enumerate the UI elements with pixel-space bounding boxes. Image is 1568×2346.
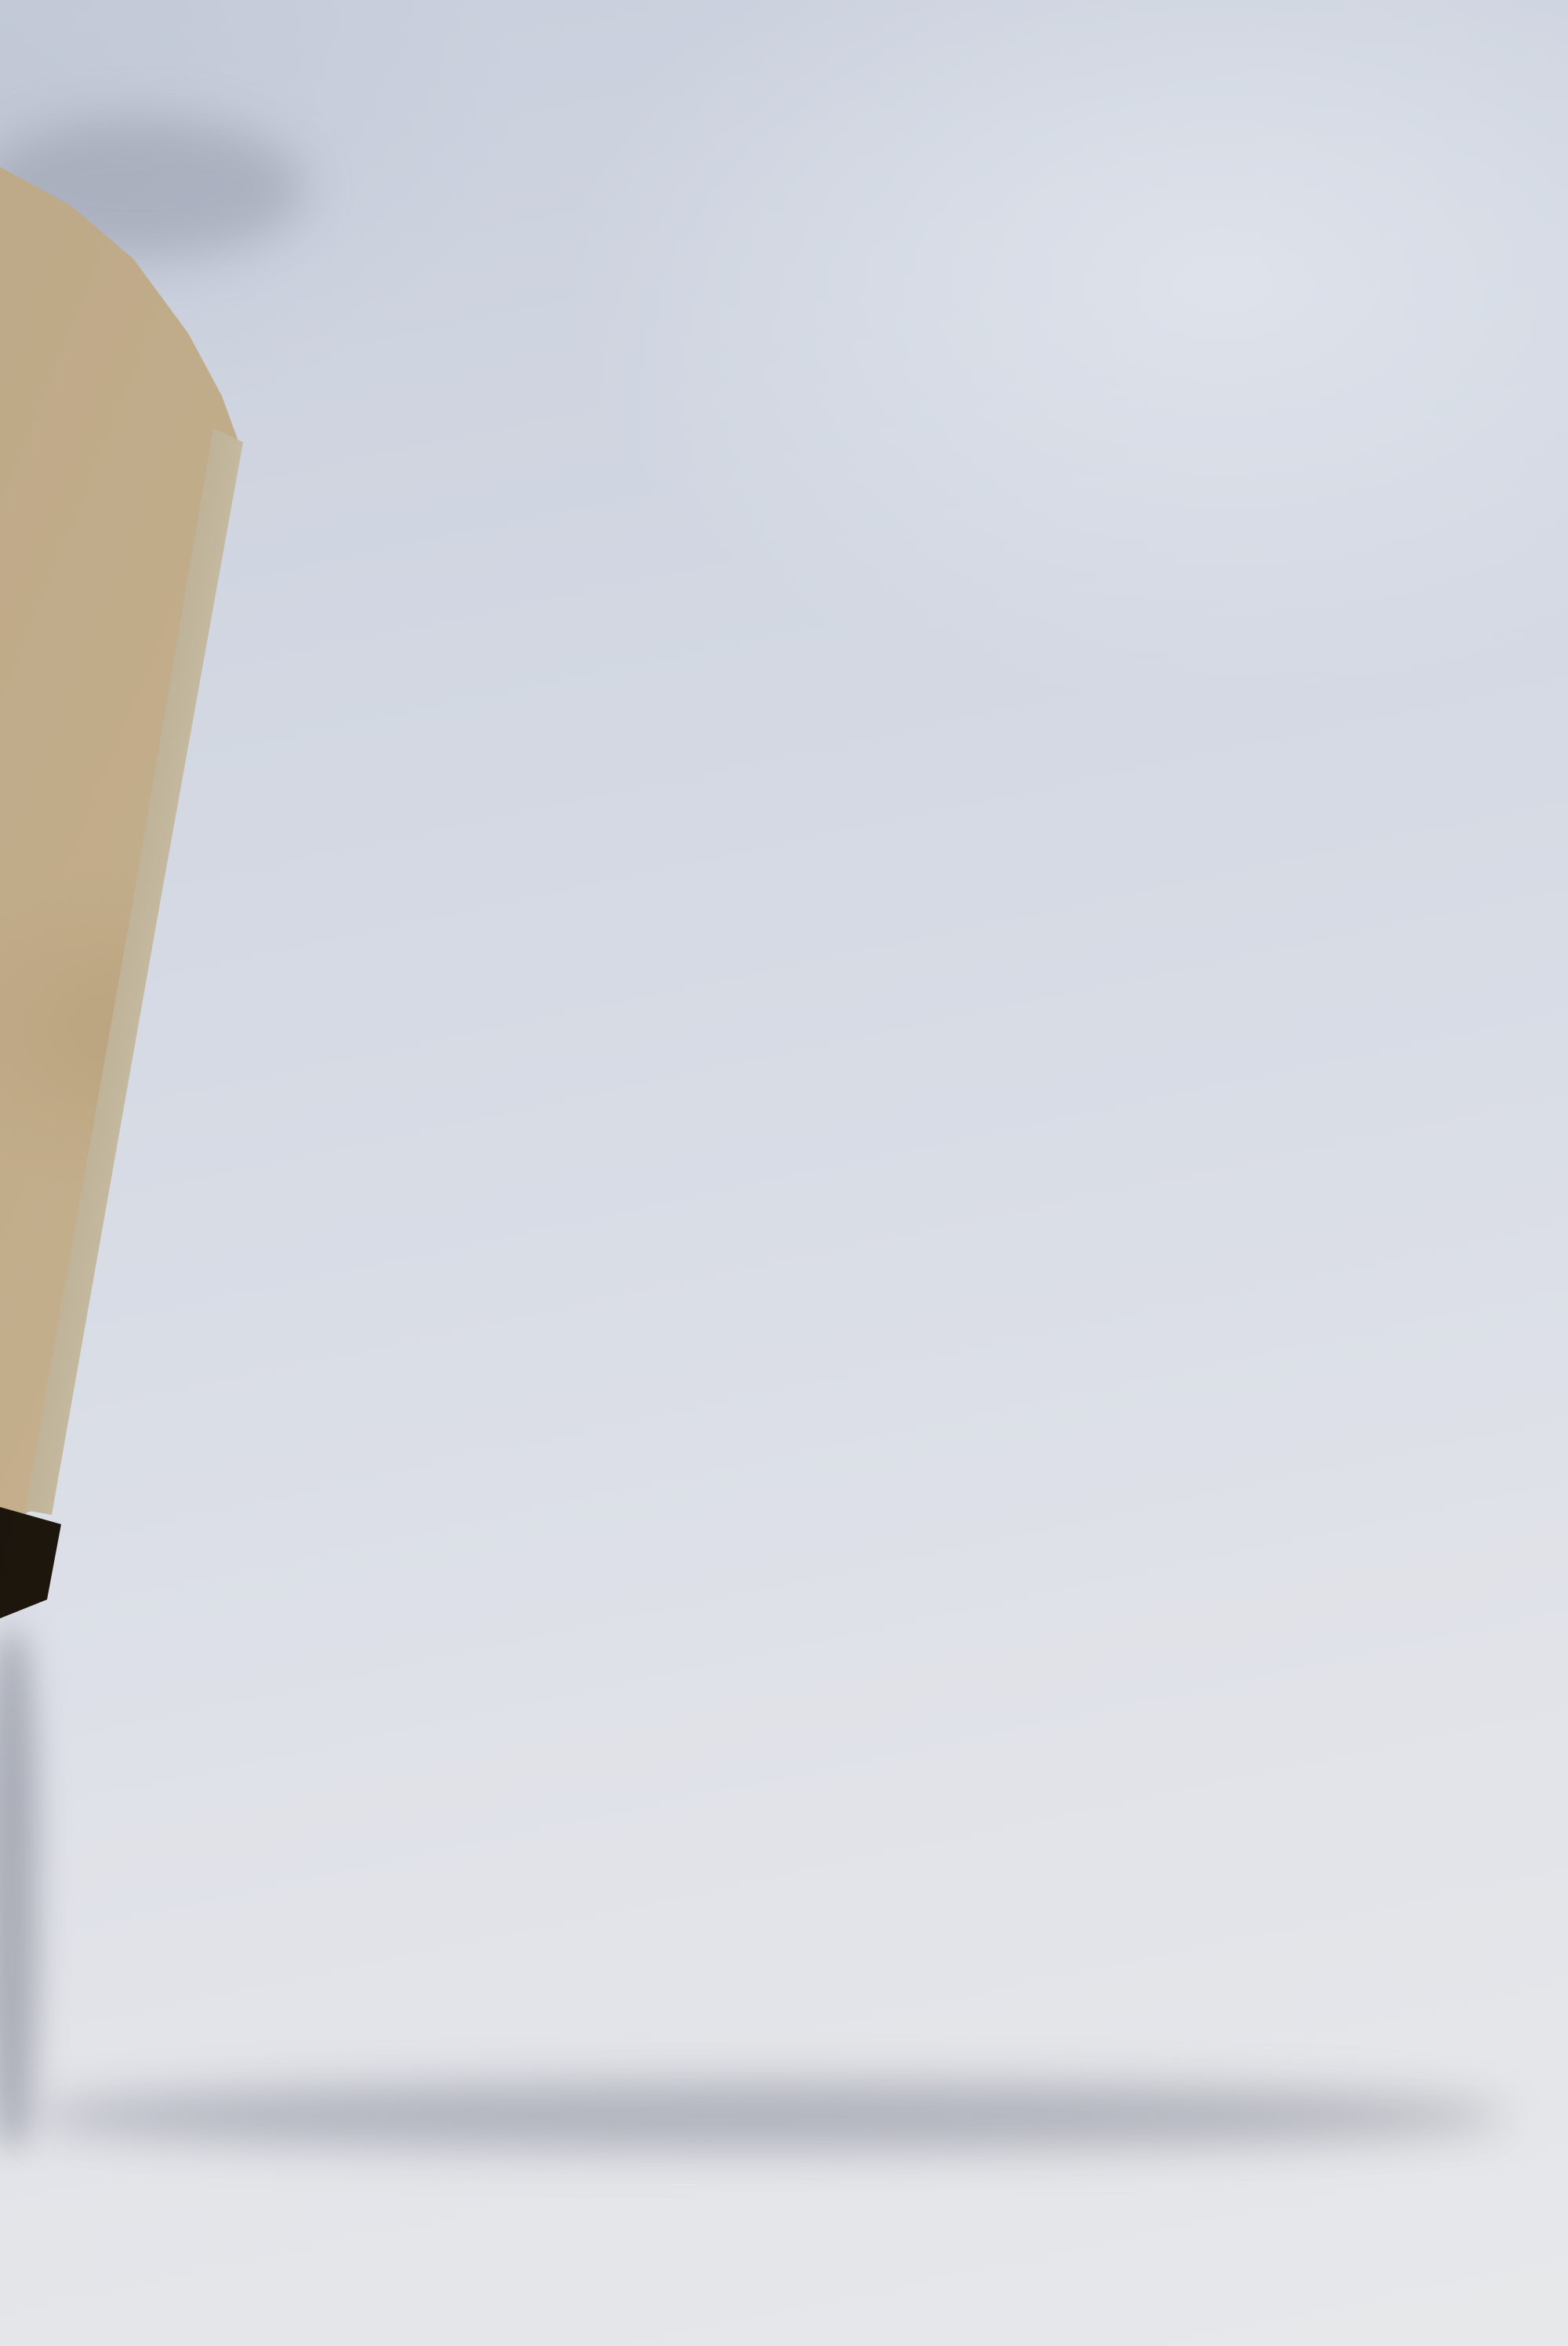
photo-of-open-book: Отъ ГЛАВНОКОМАНДУЮЩАГО въ МОСКВѢ. Здѣсь … [0,0,1568,2346]
binding-stud [24,1571,38,1582]
sheet-bottom-shadow [31,2083,1505,2150]
sheet-left-shadow [0,1631,38,2148]
photo-backdrop [0,0,1568,2346]
